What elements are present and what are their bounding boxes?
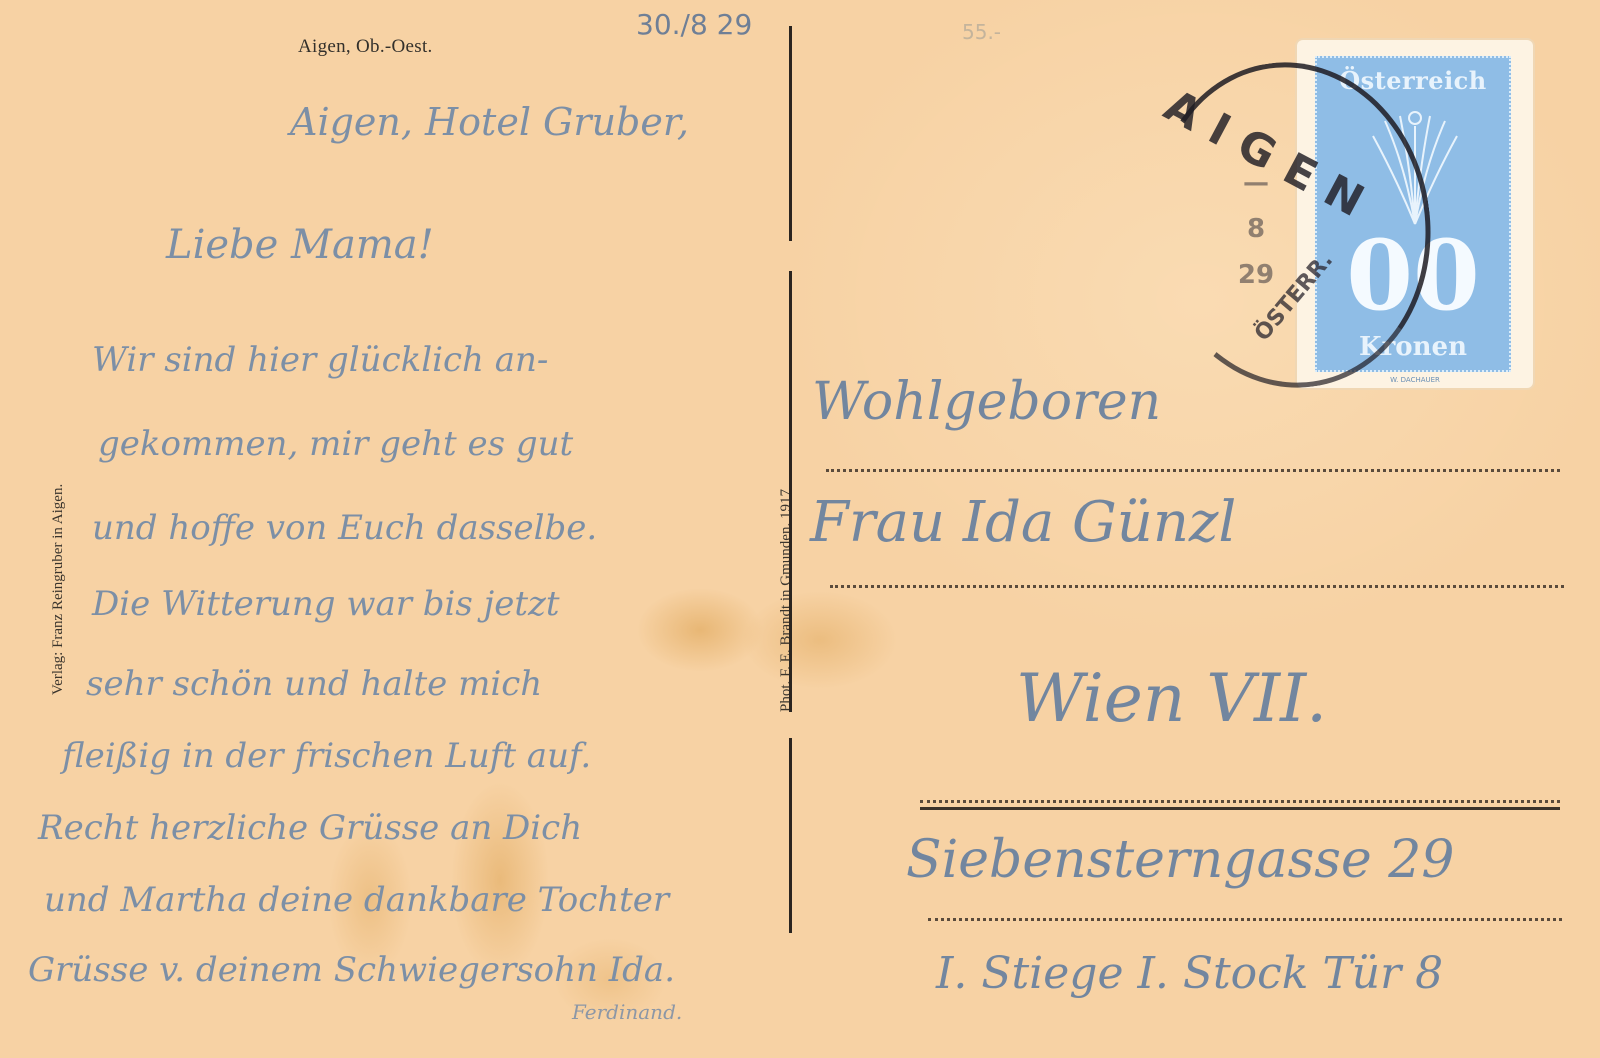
- postmark-date-part: —: [1236, 160, 1276, 206]
- message-line: und Martha deine dankbare Tochter: [44, 880, 669, 920]
- pencil-price-note: 55.-: [962, 20, 1001, 44]
- message-location: Aigen, Hotel Gruber,: [290, 100, 689, 144]
- message-greeting: Liebe Mama!: [166, 222, 434, 268]
- divider-gap: [787, 712, 794, 738]
- publisher-imprint: Verlag: Franz Reingruber in Aigen.: [50, 484, 67, 695]
- photographer-imprint: Phot. F. E. Brandt in Gmunden. 1917: [778, 489, 795, 712]
- center-divider-line: [789, 26, 792, 933]
- address-line-salutation: Wohlgeboren: [812, 372, 1161, 432]
- message-line: Wir sind hier glücklich an-: [92, 340, 548, 380]
- address-underline: [920, 807, 1560, 810]
- postmark-date: — 8 29: [1236, 160, 1276, 298]
- message-line: Die Witterung war bis jetzt: [92, 584, 560, 624]
- divider-gap: [787, 241, 794, 271]
- address-line-street: Siebensterngasse 29: [906, 830, 1454, 890]
- postcard: Aigen, Ob.-Oest. Verlag: Franz Reingrube…: [0, 0, 1600, 1058]
- message-line: sehr schön und halte mich: [86, 664, 542, 704]
- address-dotted-line: [920, 800, 1560, 803]
- place-title: Aigen, Ob.-Oest.: [298, 36, 433, 58]
- message-postscript: Ferdinand.: [572, 1000, 682, 1024]
- message-line: und hoffe von Euch dasselbe.: [92, 508, 597, 548]
- pencil-date-note: 30./8 29: [636, 8, 752, 41]
- message-line: Recht herzliche Grüsse an Dich: [38, 808, 582, 848]
- address-dotted-line: [830, 585, 1564, 588]
- message-line: gekommen, mir geht es gut: [98, 424, 573, 464]
- message-line: Grüsse v. deinem Schwiegersohn Ida.: [28, 950, 675, 990]
- address-dotted-line: [928, 918, 1562, 921]
- postmark-date-part: 8: [1236, 206, 1276, 252]
- address-line-name: Frau Ida Günzl: [810, 490, 1236, 555]
- address-dotted-line: [826, 469, 1560, 472]
- address-line-unit: I. Stiege I. Stock Tür 8: [936, 948, 1443, 999]
- postmark-date-part: 29: [1236, 252, 1276, 298]
- address-line-city: Wien VII.: [1016, 660, 1327, 737]
- message-line: fleißig in der frischen Luft auf.: [62, 736, 591, 776]
